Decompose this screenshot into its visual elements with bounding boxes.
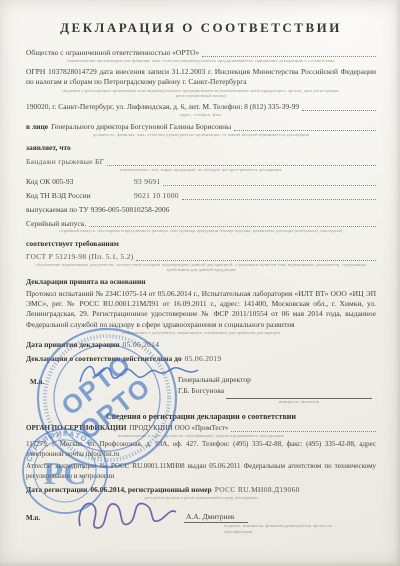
director-signature-block: Генеральный директор Г.Б. Богсунова иниц… (178, 374, 372, 405)
tnved-label: Код ТН ВЭД России (26, 191, 134, 201)
dotted-line (202, 55, 376, 57)
cert-body-caption: наименование и адрес органа по сертифика… (26, 433, 376, 438)
document-content: ДЕКЛАРАЦИЯ О СООТВЕТСТВИИ Общество с огр… (0, 0, 400, 564)
dotted-line (107, 164, 376, 166)
basis-caption: информация о документах, являющихся осно… (26, 330, 376, 335)
tnved-row: Код ТН ВЭД России 9021 10 1000 (26, 191, 376, 201)
product-name: Бандажи грыжевые БГ (26, 157, 104, 167)
declares-label: заявляет, что (26, 143, 71, 153)
head-signature-block: А.А. Дмитриев подпись, инициалы, фамилия… (184, 512, 354, 534)
adoption-date: 05.06.2014 (123, 340, 160, 350)
registration-date-label: Дата регистрации (26, 485, 87, 495)
conformity-heading: соответствует требованиям (26, 239, 119, 249)
issue-caption: серийный выпуск, или партия определенног… (26, 228, 376, 233)
signature-caption: инициалы, фамилия (226, 399, 372, 404)
dotted-line (234, 129, 376, 131)
registration-date: 06.06.2014, регистрационный номер (90, 485, 211, 495)
signature-zone-2: М.п. А.А. Дмитриев подпись, инициалы, фа… (26, 500, 376, 564)
cert-head-name: А.А. Дмитриев (184, 512, 248, 523)
cert-body-name: ПРОДУКЦИИ ООО «ПромТест» (129, 424, 228, 433)
representative-row: в лице Генерального директора Богсуновой… (26, 122, 376, 132)
tnved-value: 9021 10 1000 (134, 191, 179, 201)
representative-caption: должность, фамилия, имя, отчество руково… (26, 132, 376, 137)
cert-body-address: 117279, г. Москва, ул. Профсоюзная, д. 9… (26, 440, 376, 459)
cert-head-caption: подпись, инициалы, фамилия руководителя … (184, 523, 354, 534)
cert-head-handwritten-signature (72, 496, 182, 534)
standards-row: ГОСТ Р 51219-98 (Пп. 5.1, 5.2) (26, 252, 376, 262)
representative-label: в лице (26, 122, 48, 132)
product-caption: наименование, тип, марка продукции, на к… (26, 167, 376, 172)
dotted-line (302, 109, 376, 111)
ok-code-label: Код ОК 005-93 (26, 177, 134, 187)
standards: ГОСТ Р 51219-98 (Пп. 5.1, 5.2) (26, 252, 133, 262)
scanned-declaration-document: ДЕКЛАРАЦИЯ О СООТВЕТСТВИИ Общество с огр… (0, 0, 400, 566)
dotted-line (182, 198, 376, 200)
valid-until-date: 05.06.2019 (185, 354, 222, 364)
basis-heading: Декларация принята на основании (26, 277, 146, 287)
declarant-name: Общество с ограниченной ответственностью… (26, 48, 199, 58)
dotted-line (136, 259, 376, 261)
declarant-address: 190020, г. Санкт-Петербург, ул. Лифляндс… (26, 102, 299, 112)
declarant-ogrn: ОГРН 1037828014729 дата внесения записи … (26, 67, 376, 87)
signature-zone-1: М.п. Генеральный директор Г.Б. Богсунова… (26, 364, 376, 412)
director-position: Генеральный директор (178, 374, 372, 385)
adoption-date-row: Дата принятия декларации 05.06.2014 (26, 340, 376, 350)
cert-body-label: ОРГАН ПО СЕРТИФИКАЦИИ (26, 424, 126, 433)
declarant-address-caption: адрес, телефон, факс (26, 112, 376, 117)
ok-code-value: 93 9691 (134, 177, 160, 187)
valid-until-row: Декларация о соответствии действительна … (26, 354, 376, 364)
issue-type-row: Серийный выпуск. (26, 219, 376, 229)
issue-type: Серийный выпуск. (26, 219, 86, 229)
registration-heading: Сведения о регистрации декларации о соот… (26, 412, 376, 421)
representative-name: Генерального директора Богсуновой Галины… (51, 122, 231, 132)
basis-text: Протокол испытаний № 234С1075-14 от 05.0… (26, 289, 376, 330)
valid-until-label: Декларация о соответствии действительна … (26, 354, 182, 364)
tu-line: выпускаемая по ТУ 9396-005-50810258-2006 (26, 205, 169, 215)
dotted-line (163, 184, 376, 186)
standards-caption: обозначение нормативных документов, соот… (26, 262, 376, 273)
declarant-ogrn-caption: сведения о регистрации организации или и… (26, 88, 376, 99)
dotted-line (231, 430, 376, 432)
cert-body-row: ОРГАН ПО СЕРТИФИКАЦИИ ПРОДУКЦИИ ООО «Про… (26, 424, 376, 433)
director-name: Г.Б. Богсунова (178, 385, 372, 396)
registration-date-row: Дата регистрации 06.06.2014, регистрацио… (26, 485, 376, 495)
document-title: ДЕКЛАРАЦИЯ О СООТВЕТСТВИИ (26, 20, 376, 36)
ok-code-row: Код ОК 005-93 93 9691 (26, 177, 376, 187)
product-row: Бандажи грыжевые БГ (26, 157, 376, 167)
stamp-place-label: М.п. (26, 514, 40, 522)
dotted-line (89, 225, 376, 227)
declarant-name-caption: наименование организации или фамилия, им… (26, 58, 376, 63)
adoption-date-label: Дата принятия декларации (26, 340, 120, 350)
attestation-line: Аттестат аккредитации № РОСС RU.0001.11М… (26, 462, 376, 481)
stamp-place-label: М.п. (30, 378, 44, 386)
declarant-address-row: 190020, г. Санкт-Петербург, ул. Лифляндс… (26, 102, 376, 112)
declarant-name-row: Общество с ограниченной ответственностью… (26, 48, 376, 58)
registration-number: РОСС RU.МН08.Д19060 (215, 485, 300, 495)
